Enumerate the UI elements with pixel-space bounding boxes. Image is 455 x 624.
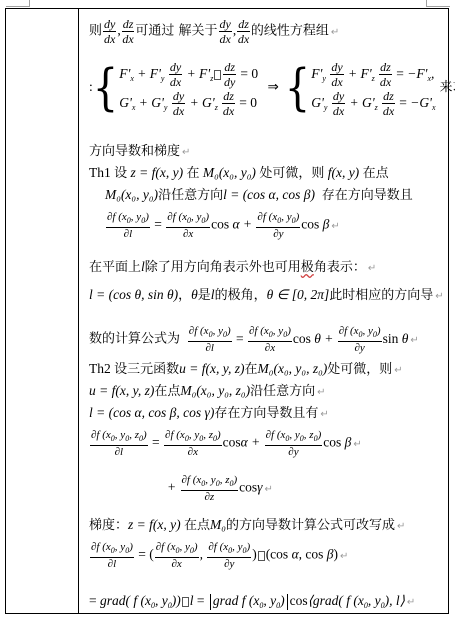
paragraph-return-icon: ↵ <box>340 551 348 562</box>
paragraph-return-icon: ↵ <box>407 597 415 608</box>
placeholder-box-icon <box>214 70 221 80</box>
paragraph-return-icon: ↵ <box>317 387 325 398</box>
paragraph-return-icon: ↵ <box>394 365 402 376</box>
fraction-dz-dx: dzdx <box>122 17 135 46</box>
paragraph-return-icon: ↵ <box>410 335 418 346</box>
polar-line3: 数的计算公式为 ∂f (x0, y0)∂l = ∂f (x0, y0)∂xcos… <box>89 325 419 354</box>
intro-line: 则dydx,dzdx可通过 解关于dydx,dzdx的线性方程组↵ <box>89 17 339 46</box>
paragraph-return-icon: ↵ <box>435 291 443 302</box>
paragraph-return-icon: ↵ <box>331 221 339 232</box>
table-content-cell: 则dydx,dzdx可通过 解关于dydx,dzdx的线性方程组↵ :{ F'x… <box>85 9 448 613</box>
gradient-formula-line1: ∂f (x0, y0)∂l = (∂f (x0, y0)∂x, ∂f (x0, … <box>89 541 348 570</box>
paragraph-return-icon: ↵ <box>182 147 190 158</box>
left-system: F'x + F'y dydx + F'zdzdy = 0 G'x + G'y d… <box>119 59 258 117</box>
paragraph-return-icon: ↵ <box>264 484 272 495</box>
th1-formula: ∂f (x0, y0)∂l = ∂f (x0, y0)∂xcos α + ∂f … <box>105 211 340 240</box>
th2-line2: u = f(x, y, z)在点M₀(x₀, y₀, z₀)沿任意方向↵ <box>89 383 326 401</box>
paragraph-return-icon: ↵ <box>397 521 405 532</box>
right-brace-icon: { <box>285 63 310 113</box>
th1-label: Th1 <box>89 165 111 180</box>
intro-prefix: 则 <box>89 24 102 39</box>
gradient-label: 梯度： <box>89 518 128 533</box>
th2-formula-line2: + ∂f (x0, y0, z0)∂zcosγ↵ <box>167 474 273 503</box>
page-corner-mark-right <box>426 0 450 7</box>
fraction-dy-dx: dydx <box>103 17 116 46</box>
gradient-formula-line2: = grad( f (x0, y0))l = grad f (x0, y0)co… <box>89 593 415 614</box>
intro-middle: 可通过 解关于 <box>135 24 217 39</box>
placeholder-box-icon <box>182 597 189 607</box>
table-left-column <box>6 9 79 613</box>
fraction-dz-dx-2: dzdx <box>237 17 250 46</box>
th2-line3: l = (cos α, cos β, cos γ)存在方向导数且有↵ <box>89 405 329 423</box>
left-brace-icon: { <box>93 63 118 113</box>
th1-line1: Th1 设 z = f(x, y) 在 M₀(x₀, y₀) 处可微，则 f(x… <box>89 165 389 182</box>
spellcheck-word: 极 <box>301 260 314 275</box>
paragraph-return-icon: ↵ <box>353 439 361 450</box>
polar-line2: l = (cos θ, sin θ)，θ是l的极角，θ ∈ [0, 2π]此时相… <box>89 287 444 305</box>
placeholder-box-icon <box>258 551 265 561</box>
equation-system: :{ F'x + F'y dydx + F'zdzdy = 0 G'x + G'… <box>89 59 455 117</box>
paragraph-return-icon: ↵ <box>320 409 328 420</box>
paragraph-return-icon: ↵ <box>331 27 339 38</box>
gradient-line1: 梯度：z = f(x, y) 在点M₀的方向导数计算公式可改写成↵ <box>89 517 405 535</box>
polar-line1: 在平面上l除了用方向角表示外也可用极角表示：↵ <box>89 259 376 277</box>
page-corner-mark-left <box>6 0 30 7</box>
th2-line1: Th2 设三元函数u = f(x, y, z)在M₀(x₀, y₀, z₀)处可… <box>89 361 403 379</box>
th2-label: Th2 <box>89 361 111 376</box>
system-suffix: 来求解 <box>440 80 455 95</box>
right-system: F'y dydx + F'z dzdx = −F'x, G'y dydx + G… <box>311 59 435 117</box>
implies-arrow-icon: ⇒ <box>267 79 278 94</box>
fraction-dy-dx-2: dydx <box>219 17 232 46</box>
paragraph-return-icon: ↵ <box>368 263 376 274</box>
section-title: 方向导数和梯度↵ <box>89 143 190 161</box>
document-table: 则dydx,dzdx可通过 解关于dydx,dzdx的线性方程组↵ :{ F'x… <box>5 8 449 614</box>
intro-suffix: 的线性方程组 <box>251 24 329 39</box>
th2-formula-line1: ∂f (x0, y0, z0)∂l = ∂f (x0, y0, z0)∂xcos… <box>89 429 362 458</box>
th1-line2: M₀(x₀, y₀)沿任意方向l = (cos α, cos β) 存在方向导数… <box>105 187 413 204</box>
